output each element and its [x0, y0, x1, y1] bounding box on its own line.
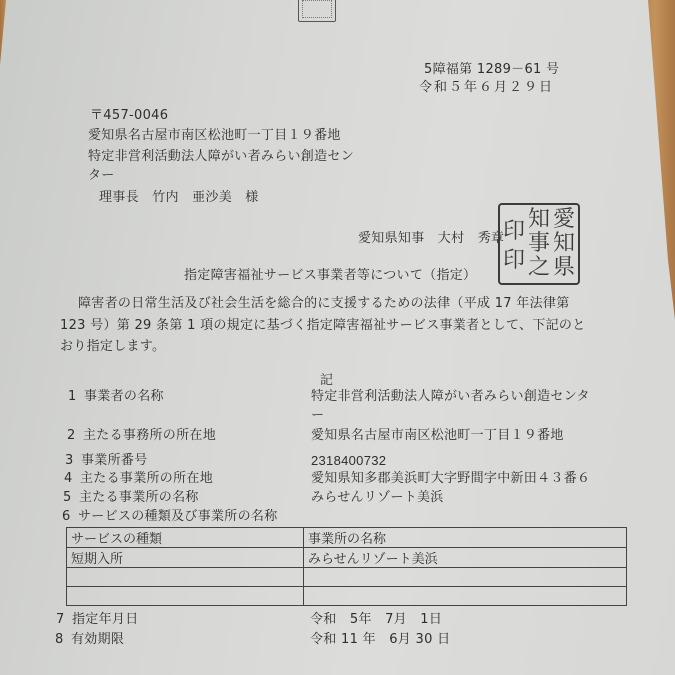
- header-facility-name: 事業所の名称: [304, 528, 627, 548]
- item-7-label: 指定年月日: [72, 612, 139, 628]
- subject-line: 指定障害福祉サービス事業者等について（指定）: [184, 268, 476, 284]
- item-3-label: 事業所番号: [81, 453, 148, 469]
- table-row: [67, 568, 627, 587]
- seal-glyph: 事: [527, 232, 551, 256]
- seal-glyph: 印: [502, 249, 526, 273]
- item-6-label: サービスの種類及び事業所の名称: [78, 509, 278, 525]
- item-2-number: 2: [67, 428, 76, 444]
- official-seal: 愛 知 県 知 事 之 印 印: [498, 203, 580, 285]
- facility-name-cell: みらせんリゾート美浜: [304, 548, 627, 568]
- item-1-label: 事業者の名称: [84, 389, 164, 405]
- seal-glyph: 印: [502, 220, 526, 244]
- ki-heading: 記: [320, 373, 333, 389]
- item-7-value: 令和 5年 7月 1日: [310, 612, 442, 628]
- table-row: 短期入所 みらせんリゾート美浜: [67, 548, 627, 568]
- sender-name: 愛知県知事 大村 秀章: [358, 231, 504, 247]
- item-2-label: 主たる事務所の所在地: [83, 428, 216, 444]
- header-service-type: サービスの種類: [67, 528, 304, 548]
- seal-glyph: 県: [552, 256, 576, 280]
- issue-date: 令和５年６月２９日: [419, 80, 554, 96]
- seal-glyph: 之: [527, 256, 551, 280]
- table-header-row: サービスの種類 事業所の名称: [67, 528, 627, 548]
- facility-name-cell: [304, 587, 627, 606]
- recipient-organization-line1: 特定非営利活動法人障がい者みらい創造セン: [88, 149, 354, 165]
- item-1-number: 1: [68, 389, 77, 405]
- table-row: [67, 587, 627, 606]
- item-4-value: 愛知県知多郡美浜町大字野間字中新田４３番６: [311, 471, 590, 487]
- item-4-label: 主たる事業所の所在地: [80, 471, 213, 487]
- item-5-number: 5: [63, 490, 72, 506]
- service-table: サービスの種類 事業所の名称 短期入所 みらせんリゾート美浜: [66, 527, 627, 606]
- reference-number: 5障福第 1289－61 号: [424, 62, 559, 78]
- item-2-value: 愛知県名古屋市南区松池町一丁目１９番地: [311, 428, 564, 444]
- item-8-number: 8: [55, 632, 64, 648]
- body-line-2: 123 号）第 29 条第 1 項の規定に基づく指定障害福祉サービス事業者として…: [60, 318, 586, 334]
- item-6-number: 6: [62, 509, 71, 525]
- item-1-value: 特定非営利活動法人障がい者みらい創造センタ: [311, 389, 590, 405]
- item-5-value: みらせんリゾート美浜: [311, 490, 444, 506]
- recipient-address: 愛知県名古屋市南区松池町一丁目１９番地: [88, 128, 341, 144]
- item-3-number: 3: [65, 453, 74, 469]
- service-type-cell: 短期入所: [67, 548, 304, 568]
- service-type-cell: [67, 568, 304, 587]
- postal-code: 〒457-0046: [90, 108, 168, 124]
- facility-name-cell: [304, 568, 627, 587]
- seal-glyph: 愛: [552, 208, 576, 232]
- service-type-cell: [67, 587, 304, 606]
- item-3-value: 2318400732: [311, 453, 386, 469]
- item-5-label: 主たる事業所の名称: [79, 490, 199, 506]
- body-line-1: 障害者の日常生活及び社会生活を総合的に支援するための法律（平成 17 年法律第: [78, 296, 570, 312]
- item-4-number: 4: [64, 471, 73, 487]
- seal-glyph: 知: [552, 232, 576, 256]
- seal-glyph: 知: [527, 208, 551, 232]
- body-line-3: おり指定します。: [60, 339, 165, 355]
- item-8-value: 令和 11 年 6月 30 日: [310, 632, 450, 648]
- item-1-value-continued: ー: [311, 408, 324, 424]
- item-8-label: 有効期限: [71, 632, 124, 648]
- recipient-title-name: 理事長 竹内 亜沙美 様: [99, 190, 259, 206]
- item-7-number: 7: [56, 612, 65, 628]
- receipt-stamp: [298, 0, 336, 22]
- recipient-organization-line2: ター: [88, 168, 115, 184]
